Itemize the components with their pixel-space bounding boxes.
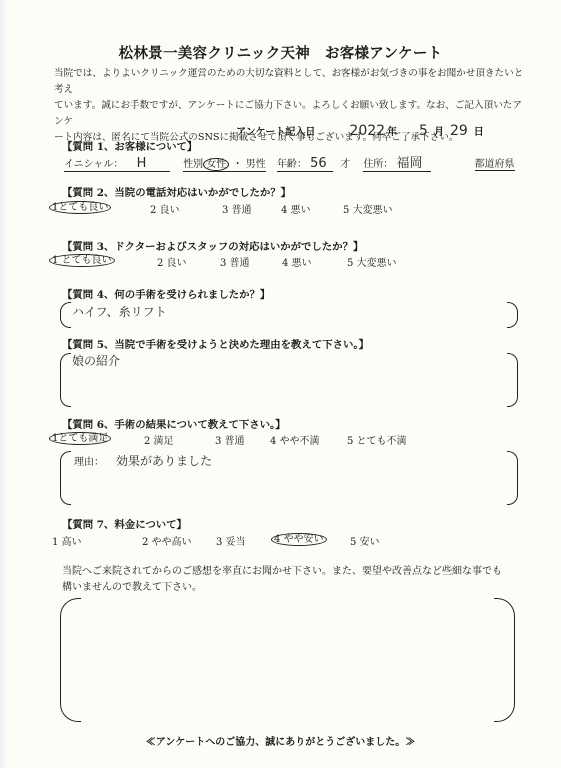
q6-reason-bracket-left [60, 451, 71, 505]
q5-answer-bracket-right [507, 353, 518, 407]
q2-options: 1とても良い 2 良い 3 普通 4 悪い 5 大変悪い [52, 201, 512, 215]
entry-date-year[interactable]: 2022 [349, 123, 385, 139]
address-suffix: 都道府県 [475, 155, 515, 171]
q6-reason-answer[interactable]: 効果がありました [116, 452, 212, 469]
entry-date-day[interactable]: 29 [450, 123, 468, 139]
gender-field: 性別 女性 ・ 男性 [183, 155, 266, 172]
q3-option-3[interactable]: 3 普通 [220, 254, 250, 269]
comments-prompt-line: 構いませんので教えて下さい。 [62, 580, 532, 596]
gender-option-female-selected[interactable]: 女性 [203, 158, 229, 171]
age-field[interactable]: 年齢： 56 [277, 155, 333, 172]
gender-option-male[interactable]: 男性 [246, 159, 266, 170]
q3-option-4[interactable]: 4 悪い [282, 254, 312, 269]
q6-heading: 【質問 6、手術の結果について教えて下さい。】 [62, 416, 286, 431]
q7-option-2[interactable]: 2 やや高い [142, 533, 192, 548]
q4-answer-bracket-left [60, 302, 71, 328]
entry-date-month[interactable]: 5 [419, 123, 428, 139]
document-title: 松林景一美容クリニック天神 お客様アンケート [0, 42, 561, 63]
q1-customer-info: イニシャル： H 性別 女性 ・ 男性 年齢： 56 才 住所： 福岡 都道府県 [64, 152, 515, 172]
day-unit: 日 [474, 123, 484, 138]
q7-option-5[interactable]: 5 安い [350, 533, 380, 548]
q5-answer-bracket-left [60, 353, 71, 407]
comments-prompt: 当院へご来院されてからのご感想を率直にお聞かせ下さい。また、要望や改善点など些細… [62, 564, 532, 596]
initial-value: H [137, 156, 147, 171]
q2-option-5[interactable]: 5 大変悪い [343, 201, 393, 216]
q6-option-1-selected[interactable]: 1とても満足 [49, 432, 111, 445]
address-field[interactable]: 住所： 福岡 [363, 152, 431, 172]
q3-heading: 【質問 3、ドクターおよびスタッフの対応はいかがでしたか？】 [62, 238, 363, 253]
q6-options: 1とても満足 2 満足 3 普通 4 やや不満 5 とても不満 [52, 432, 512, 446]
q6-option-4[interactable]: 4 やや不満 [270, 432, 320, 447]
q6-option-5[interactable]: 5 とても不満 [347, 432, 407, 447]
gender-separator: ・ [233, 159, 243, 170]
q7-option-4-selected[interactable]: 4 やや安い [271, 533, 327, 546]
q7-options: 1 高い 2 やや高い 3 妥当 4 やや安い 5 安い [52, 533, 512, 547]
entry-date-row: アンケート記入日 2022 年 5 月 29 日 [236, 123, 484, 139]
year-unit: 年 [387, 123, 397, 138]
q7-option-1[interactable]: 1 高い [52, 533, 82, 548]
q2-option-1-selected[interactable]: 1とても良い [49, 201, 111, 214]
q3-options: 1 とても良い 2 良い 3 普通 4 悪い 5 大変悪い [52, 254, 512, 268]
q2-option-4[interactable]: 4 悪い [281, 201, 311, 216]
comments-bracket-right [494, 598, 515, 722]
questionnaire-page: 松林景一美容クリニック天神 お客様アンケート 当院では、よりよいクリニック運営の… [0, 0, 561, 768]
q4-answer-bracket-right [507, 302, 518, 328]
q7-heading: 【質問 7、料金について】 [62, 516, 187, 531]
q4-heading: 【質問 4、何の手術を受けられましたか？】 [62, 286, 270, 301]
comments-answer-area[interactable] [80, 604, 490, 714]
age-unit: 才 [340, 159, 350, 170]
q3-option-2[interactable]: 2 良い [157, 254, 187, 269]
q5-heading: 【質問 5、当院で手術を受けようと決めた理由を教えて下さい。】 [62, 336, 369, 351]
gender-label: 性別 [183, 159, 203, 170]
month-unit: 月 [434, 123, 444, 138]
q7-option-3[interactable]: 3 妥当 [216, 533, 246, 548]
age-value: 56 [310, 156, 327, 171]
age-label: 年齢： [277, 159, 307, 170]
q1-heading: 【質問 1、お客様について】 [62, 138, 197, 153]
address-label: 住所： [363, 159, 393, 170]
q6-option-3[interactable]: 3 普通 [215, 432, 245, 447]
q4-answer[interactable]: ハイフ、糸リフト [72, 303, 167, 320]
footer-thanks: ≪アンケートへのご協力、誠にありがとうございました。≫ [0, 733, 561, 748]
q6-reason-bracket-right [507, 451, 518, 505]
q3-option-5[interactable]: 5 大変悪い [347, 254, 397, 269]
address-value: 福岡 [397, 156, 423, 171]
entry-date-label: アンケート記入日 [236, 123, 315, 138]
q6-option-2[interactable]: 2 満足 [144, 432, 174, 447]
q2-heading: 【質問 2、当院の電話対応はいかがでしたか？】 [62, 184, 291, 199]
initial-label: イニシャル： [64, 159, 123, 170]
q2-option-2[interactable]: 2 良い [150, 201, 180, 216]
comments-bracket-left [60, 598, 81, 722]
q3-option-1-selected[interactable]: 1 とても良い [49, 254, 115, 267]
comments-prompt-line: 当院へご来院されてからのご感想を率直にお聞かせ下さい。また、要望や改善点など些細… [62, 564, 532, 580]
q2-option-3[interactable]: 3 普通 [222, 201, 252, 216]
q5-answer[interactable]: 娘の紹介 [72, 352, 120, 369]
q6-reason-label: 理由： [74, 453, 104, 468]
initial-field[interactable]: イニシャル： H [64, 155, 170, 172]
intro-line: 当院では、よりよいクリニック運営のための大切な資料として、お客様がお気づきの事を… [54, 66, 524, 98]
